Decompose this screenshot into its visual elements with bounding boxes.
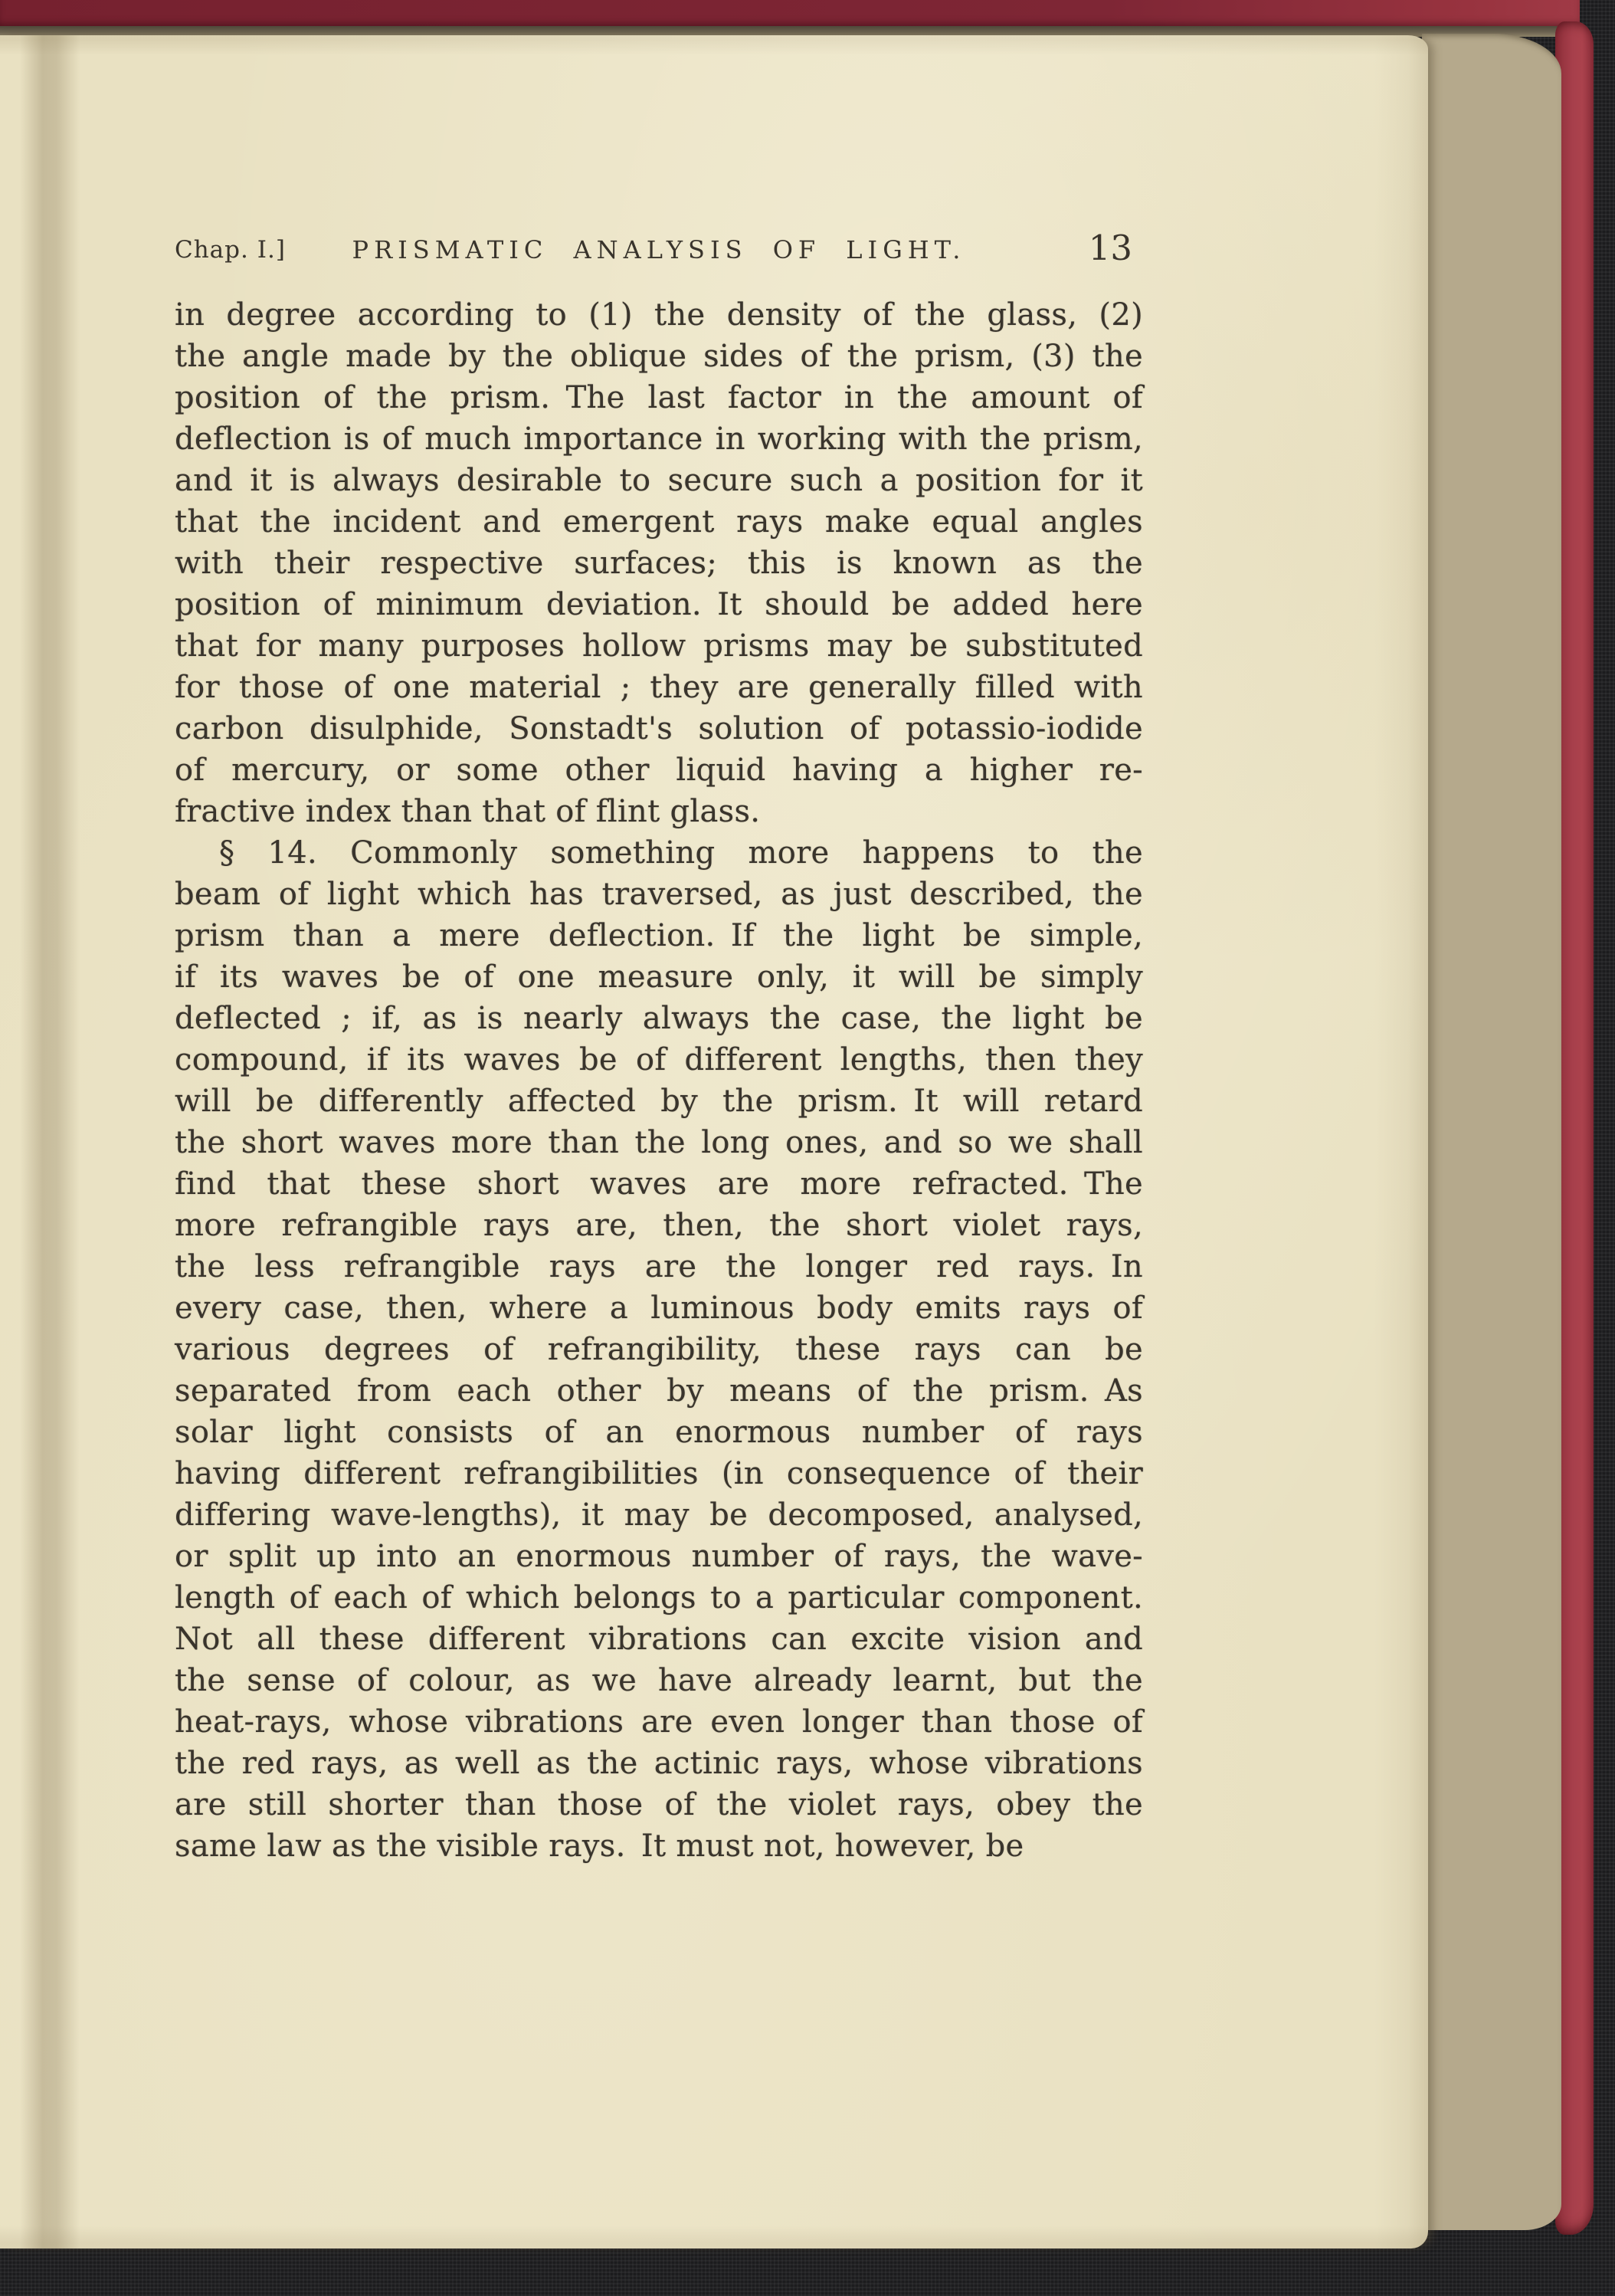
text-line: § 14. Commonly something more happens to… [175,832,1143,874]
text-line: the less refrangible rays are the longer… [175,1246,1143,1287]
text-line: position of minimum deviation. It should… [175,584,1143,625]
text-line: will be differently affected by the pris… [175,1081,1143,1122]
text-line: the red rays, as well as the actinic ray… [175,1743,1143,1784]
text-line: length of each of which belongs to a par… [175,1577,1143,1619]
text-line: deflection is of much importance in work… [175,418,1143,460]
text-line: the angle made by the oblique sides of t… [175,336,1143,377]
book-cover-top-edge [0,0,1580,28]
text-line: with their respective surfaces; this is … [175,543,1143,584]
book-fore-edge-pages [1422,34,1561,2230]
text-line: fractive index than that of flint glass. [175,791,1143,832]
text-line: differing wave-lengths), it may be decom… [175,1494,1143,1536]
text-line: the sense of colour, as we have already … [175,1660,1143,1701]
text-line: that the incident and emergent rays make… [175,501,1143,543]
text-line: solar light consists of an enormous numb… [175,1412,1143,1453]
text-line: Not all these different vibrations can e… [175,1619,1143,1660]
text-line: position of the prism. The last factor i… [175,377,1143,418]
paragraph: § 14. Commonly something more happens to… [175,832,1143,1867]
text-line: find that these short waves are more ref… [175,1163,1143,1205]
text-line: having different refrangibilities (in co… [175,1453,1143,1494]
text-line: if its waves be of one measure only, it … [175,956,1143,998]
text-line: heat-rays, whose vibrations are even lon… [175,1701,1143,1743]
text-line: for those of one material ; they are gen… [175,667,1143,708]
text-line: are still shorter than those of the viol… [175,1784,1143,1825]
text-line: that for many purposes hollow prisms may… [175,625,1143,667]
text-line: more refrangible rays are, then, the sho… [175,1205,1143,1246]
text-block: in degree according to (1) the density o… [175,294,1143,1867]
book-page: Chap. I.] PRISMATIC ANALYSIS OF LIGHT. 1… [0,35,1428,2248]
text-line: beam of light which has traversed, as ju… [175,874,1143,915]
page-header: Chap. I.] PRISMATIC ANALYSIS OF LIGHT. 1… [175,219,1143,268]
page-number: 13 [1089,228,1132,268]
text-line: every case, then, where a luminous body … [175,1287,1143,1329]
text-line: in degree according to (1) the density o… [175,294,1143,336]
text-line: compound, if its waves be of different l… [175,1039,1143,1081]
text-line: same law as the visible rays. It must no… [175,1825,1143,1867]
page-gutter-shadow [20,35,80,2248]
text-line: deflected ; if, as is nearly always the … [175,998,1143,1039]
text-line: of mercury, or some other liquid having … [175,749,1143,791]
text-line: the short waves more than the long ones,… [175,1122,1143,1163]
text-line: various degrees of refrangibility, these… [175,1329,1143,1370]
photo-backdrop: Chap. I.] PRISMATIC ANALYSIS OF LIGHT. 1… [0,0,1615,2296]
page-title: PRISMATIC ANALYSIS OF LIGHT. [175,235,1143,264]
text-line: separated from each other by means of th… [175,1370,1143,1412]
paragraph: in degree according to (1) the density o… [175,294,1143,832]
text-line: carbon disulphide, Sonstadt's solution o… [175,708,1143,749]
text-line: prism than a mere deflection. If the lig… [175,915,1143,956]
text-line: and it is always desirable to secure suc… [175,460,1143,501]
text-line: or split up into an enormous number of r… [175,1536,1143,1577]
